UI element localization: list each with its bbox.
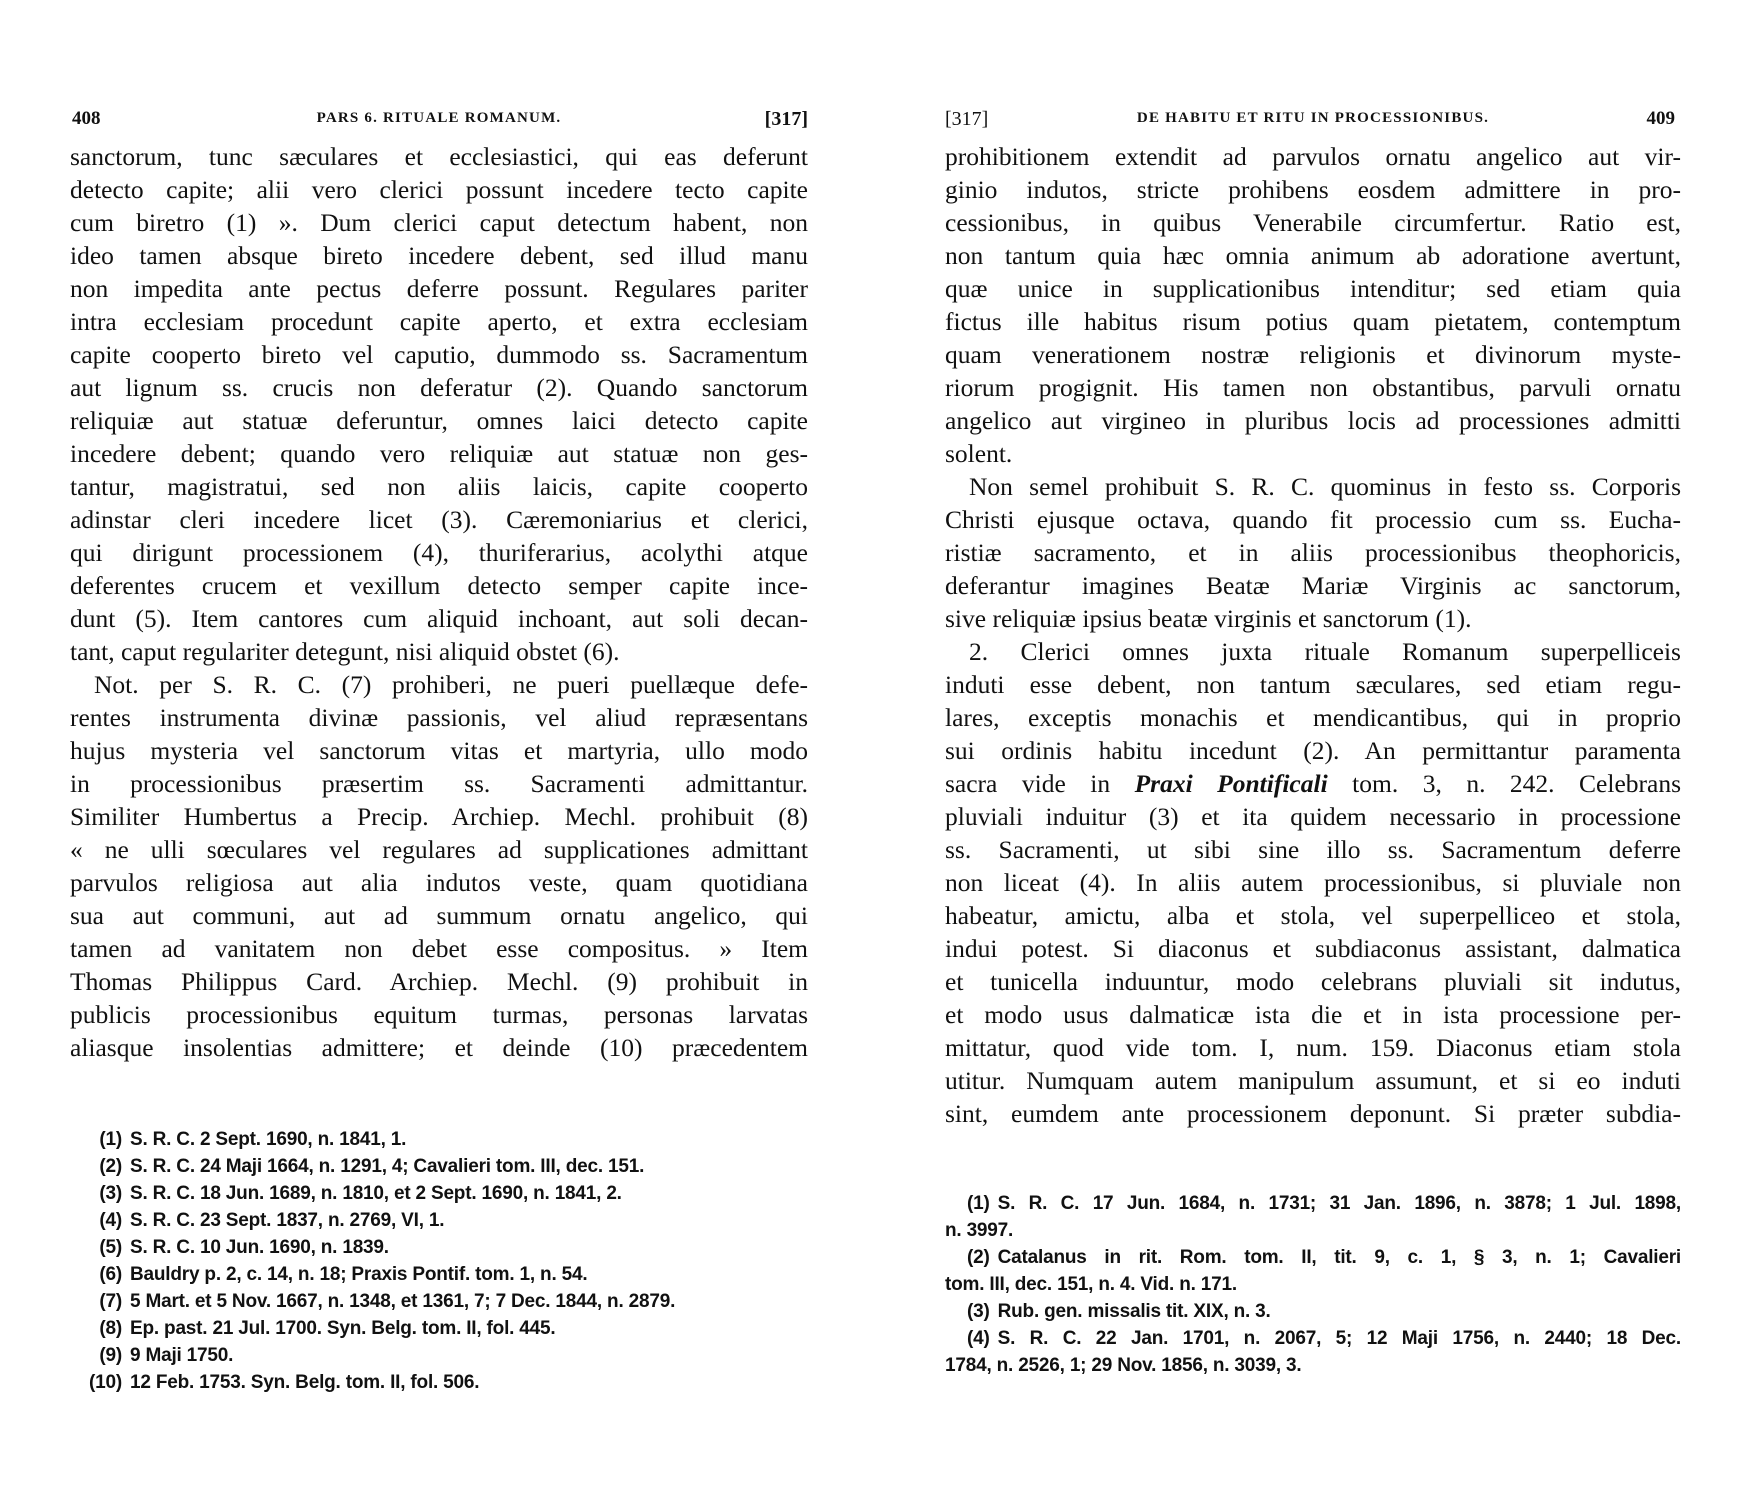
footnote-text: S. R. C. 10 Jun. 1690, n. 1839. — [130, 1237, 389, 1258]
text-line: 2. Clerici omnes juxta rituale Romanum s… — [945, 635, 1681, 668]
text-line: riorum progignit. His tamen non obstanti… — [945, 371, 1681, 404]
footnote: (5)S. R. C. 10 Jun. 1690, n. 1839. — [84, 1234, 808, 1261]
footnote-mark: (5) — [84, 1234, 122, 1261]
text-line: Non semel prohibuit S. R. C. quominus in… — [945, 470, 1681, 503]
footnote-text: 12 Feb. 1753. Syn. Belg. tom. II, fol. 5… — [130, 1372, 479, 1393]
footnote-mark: (10) — [84, 1369, 122, 1396]
text-line: utitur. Numquam autem manipulum assumunt… — [945, 1064, 1681, 1097]
footnote: (3)S. R. C. 18 Jun. 1689, n. 1810, et 2 … — [84, 1180, 808, 1207]
footnote: (4)S. R. C. 22 Jan. 1701, n. 2067, 5; 12… — [945, 1325, 1681, 1352]
text-line: rentes instrumenta divinæ passionis, vel… — [70, 701, 808, 734]
text-line: publicis processionibus equitum turmas, … — [70, 998, 808, 1031]
footnote: (2)Catalanus in rit. Rom. tom. II, tit. … — [945, 1244, 1681, 1271]
footnote: (6)Bauldry p. 2, c. 14, n. 18; Praxis Po… — [84, 1261, 808, 1288]
text-line: induti esse debent, non tantum sæculares… — [945, 668, 1681, 701]
footnote-text: 5 Mart. et 5 Nov. 1667, n. 1348, et 1361… — [130, 1291, 675, 1312]
footnote-text: S. R. C. 22 Jan. 1701, n. 2067, 5; 12 Ma… — [998, 1328, 1681, 1349]
text-line: quam venerationem nostræ religionis et d… — [945, 338, 1681, 371]
italic-title: Praxi Pontificali — [1135, 769, 1328, 798]
text-line: ss. Sacramenti, ut sibi sine illo ss. Sa… — [945, 833, 1681, 866]
text-line: intra ecclesiam procedunt capite aperto,… — [70, 305, 808, 338]
text-line: ginio indutos, stricte prohibens eosdem … — [945, 173, 1681, 206]
text-line: non impedita ante pectus deferre possunt… — [70, 272, 808, 305]
footnote-continuation: tom. III, dec. 151, n. 4. Vid. n. 171. — [945, 1271, 1681, 1298]
text-line: Not. per S. R. C. (7) prohiberi, ne puer… — [70, 668, 808, 701]
text-line: Thomas Philippus Card. Archiep. Mechl. (… — [70, 965, 808, 998]
footnote: (4)S. R. C. 23 Sept. 1837, n. 2769, VI, … — [84, 1207, 808, 1234]
running-head-left: 408 PARS 6. RITUALE ROMANUM. [317] — [70, 108, 808, 134]
text-line: Similiter Humbertus a Precip. Archiep. M… — [70, 800, 808, 833]
footnote-text: S. R. C. 17 Jun. 1684, n. 1731; 31 Jan. … — [998, 1193, 1681, 1214]
text-line: capite cooperto bireto vel caputio, dumm… — [70, 338, 808, 371]
text-line: tant, caput regulariter detegunt, nisi a… — [70, 635, 808, 668]
section-number: [317] — [765, 108, 808, 131]
text-line: sacra vide in Praxi Pontificali tom. 3, … — [945, 767, 1681, 800]
text-line: angelico aut virgineo in pluribus locis … — [945, 404, 1681, 437]
text-line: et modo usus dalmaticæ ista die et in is… — [945, 998, 1681, 1031]
footnote-text: Catalanus in rit. Rom. tom. II, tit. 9, … — [998, 1247, 1681, 1268]
text-line: fictus ille habitus risum potius quam pi… — [945, 305, 1681, 338]
footnote-mark: (2) — [967, 1244, 990, 1271]
text-line: tantur, magistratui, sed non aliis laici… — [70, 470, 808, 503]
text-line: et tunicella induuntur, modo celebrans p… — [945, 965, 1681, 998]
text-line: mittatur, quod vide tom. I, num. 159. Di… — [945, 1031, 1681, 1064]
left-page: 408 PARS 6. RITUALE ROMANUM. [317] sanct… — [70, 0, 808, 1500]
footnote-text: S. R. C. 2 Sept. 1690, n. 1841, 1. — [130, 1129, 406, 1150]
text-line: sive reliquiæ ipsius beatæ virginis et s… — [945, 602, 1681, 635]
footnote-text: Rub. gen. missalis tit. XIX, n. 3. — [998, 1301, 1271, 1322]
footnote-mark: (6) — [84, 1261, 122, 1288]
footnote: (1)S. R. C. 2 Sept. 1690, n. 1841, 1. — [84, 1126, 808, 1153]
text-line: Christi ejusque octava, quando fit proce… — [945, 503, 1681, 536]
footnote: (9)9 Maji 1750. — [84, 1342, 808, 1369]
footnote-text: S. R. C. 24 Maji 1664, n. 1291, 4; Caval… — [130, 1156, 644, 1177]
footnote-text: Ep. past. 21 Jul. 1700. Syn. Belg. tom. … — [130, 1318, 556, 1339]
footnote: (2)S. R. C. 24 Maji 1664, n. 1291, 4; Ca… — [84, 1153, 808, 1180]
text-line: cessionibus, in quibus Venerabile circum… — [945, 206, 1681, 239]
footnote: (3)Rub. gen. missalis tit. XIX, n. 3. — [945, 1298, 1681, 1325]
text-line: solent. — [945, 437, 1681, 470]
text-line: sanctorum, tunc sæculares et ecclesiasti… — [70, 140, 808, 173]
footnote-mark: (9) — [84, 1342, 122, 1369]
text-line: lares, exceptis monachis et mendicantibu… — [945, 701, 1681, 734]
body-text: sanctorum, tunc sæculares et ecclesiasti… — [70, 140, 808, 1064]
footnote-mark: (8) — [84, 1315, 122, 1342]
footnote-text: Bauldry p. 2, c. 14, n. 18; Praxis Ponti… — [130, 1264, 587, 1285]
text-line: adinstar cleri incedere licet (3). Cærem… — [70, 503, 808, 536]
text-line: reliquiæ aut statuæ deferuntur, omnes la… — [70, 404, 808, 437]
text-line: qui dirigunt processionem (4), thurifera… — [70, 536, 808, 569]
footnote: (7)5 Mart. et 5 Nov. 1667, n. 1348, et 1… — [84, 1288, 808, 1315]
text-line: habeatur, amictu, alba et stola, vel sup… — [945, 899, 1681, 932]
text-line: tamen ad vanitatem non debet esse compos… — [70, 932, 808, 965]
text-line: non liceat (4). In aliis autem processio… — [945, 866, 1681, 899]
footnote-continuation: n. 3997. — [945, 1217, 1681, 1244]
text-line: prohibitionem extendit ad parvulos ornat… — [945, 140, 1681, 173]
footnote-continuation: 1784, n. 2526, 1; 29 Nov. 1856, n. 3039,… — [945, 1352, 1681, 1379]
footnote-mark: (7) — [84, 1288, 122, 1315]
footnote-mark: (3) — [967, 1298, 990, 1325]
footnote-mark: (2) — [84, 1153, 122, 1180]
text-line: ristiæ sacramento, et in aliis processio… — [945, 536, 1681, 569]
footnote-mark: (3) — [84, 1180, 122, 1207]
footnote-mark: (1) — [84, 1126, 122, 1153]
text-line: aliasque insolentias admittere; et deind… — [70, 1031, 808, 1064]
running-title: PARS 6. RITUALE ROMANUM. — [70, 110, 808, 127]
footnote: (8)Ep. past. 21 Jul. 1700. Syn. Belg. to… — [84, 1315, 808, 1342]
footnote-mark: (4) — [967, 1325, 990, 1352]
footnote-text: S. R. C. 23 Sept. 1837, n. 2769, VI, 1. — [130, 1210, 444, 1231]
footnote-mark: (1) — [967, 1190, 990, 1217]
text-line: detecto capite; alii vero clerici possun… — [70, 173, 808, 206]
text-line: sint, eumdem ante processionem deponunt.… — [945, 1097, 1681, 1130]
text-line: sua aut communi, aut ad summum ornatu an… — [70, 899, 808, 932]
footnotes: (1)S. R. C. 2 Sept. 1690, n. 1841, 1.(2)… — [84, 1126, 808, 1396]
text-line: deferentes crucem et vexillum detecto se… — [70, 569, 808, 602]
running-head-right: [317] DE HABITU ET RITU IN PROCESSIONIBU… — [945, 108, 1681, 134]
text-line: pluviali induitur (3) et ita quidem nece… — [945, 800, 1681, 833]
text-line: sui ordinis habitu incedunt (2). An perm… — [945, 734, 1681, 767]
footnote-text: 9 Maji 1750. — [130, 1345, 233, 1366]
text-line: dunt (5). Item cantores cum aliquid inch… — [70, 602, 808, 635]
text-line: indui potest. Si diaconus et subdiaconus… — [945, 932, 1681, 965]
footnote-mark: (4) — [84, 1207, 122, 1234]
footnote-text: S. R. C. 18 Jun. 1689, n. 1810, et 2 Sep… — [130, 1183, 622, 1204]
footnotes: (1)S. R. C. 17 Jun. 1684, n. 1731; 31 Ja… — [945, 1190, 1681, 1379]
page-number: 409 — [1647, 108, 1676, 130]
text-line: hujus mysteria vel sanctorum vitas et ma… — [70, 734, 808, 767]
text-line: aut lignum ss. crucis non deferatur (2).… — [70, 371, 808, 404]
footnote: (10)12 Feb. 1753. Syn. Belg. tom. II, fo… — [84, 1369, 808, 1396]
text-line: quæ unice in supplicationibus intenditur… — [945, 272, 1681, 305]
right-page: [317] DE HABITU ET RITU IN PROCESSIONIBU… — [945, 0, 1681, 1500]
running-title: DE HABITU ET RITU IN PROCESSIONIBUS. — [945, 110, 1681, 127]
text-line: incedere debent; quando vero reliquiæ au… — [70, 437, 808, 470]
body-text: prohibitionem extendit ad parvulos ornat… — [945, 140, 1681, 1130]
text-line: in processionibus præsertim ss. Sacramen… — [70, 767, 808, 800]
text-line: cum biretro (1) ». Dum clerici caput det… — [70, 206, 808, 239]
text-line: deferantur imagines Beatæ Mariæ Virginis… — [945, 569, 1681, 602]
text-line: « ne ulli sœculares vel regulares ad sup… — [70, 833, 808, 866]
text-line: ideo tamen absque bireto incedere debent… — [70, 239, 808, 272]
footnote: (1)S. R. C. 17 Jun. 1684, n. 1731; 31 Ja… — [945, 1190, 1681, 1217]
text-line: parvulos religiosa aut alia indutos vest… — [70, 866, 808, 899]
text-line: non tantum quia hæc omnia animum ab ador… — [945, 239, 1681, 272]
